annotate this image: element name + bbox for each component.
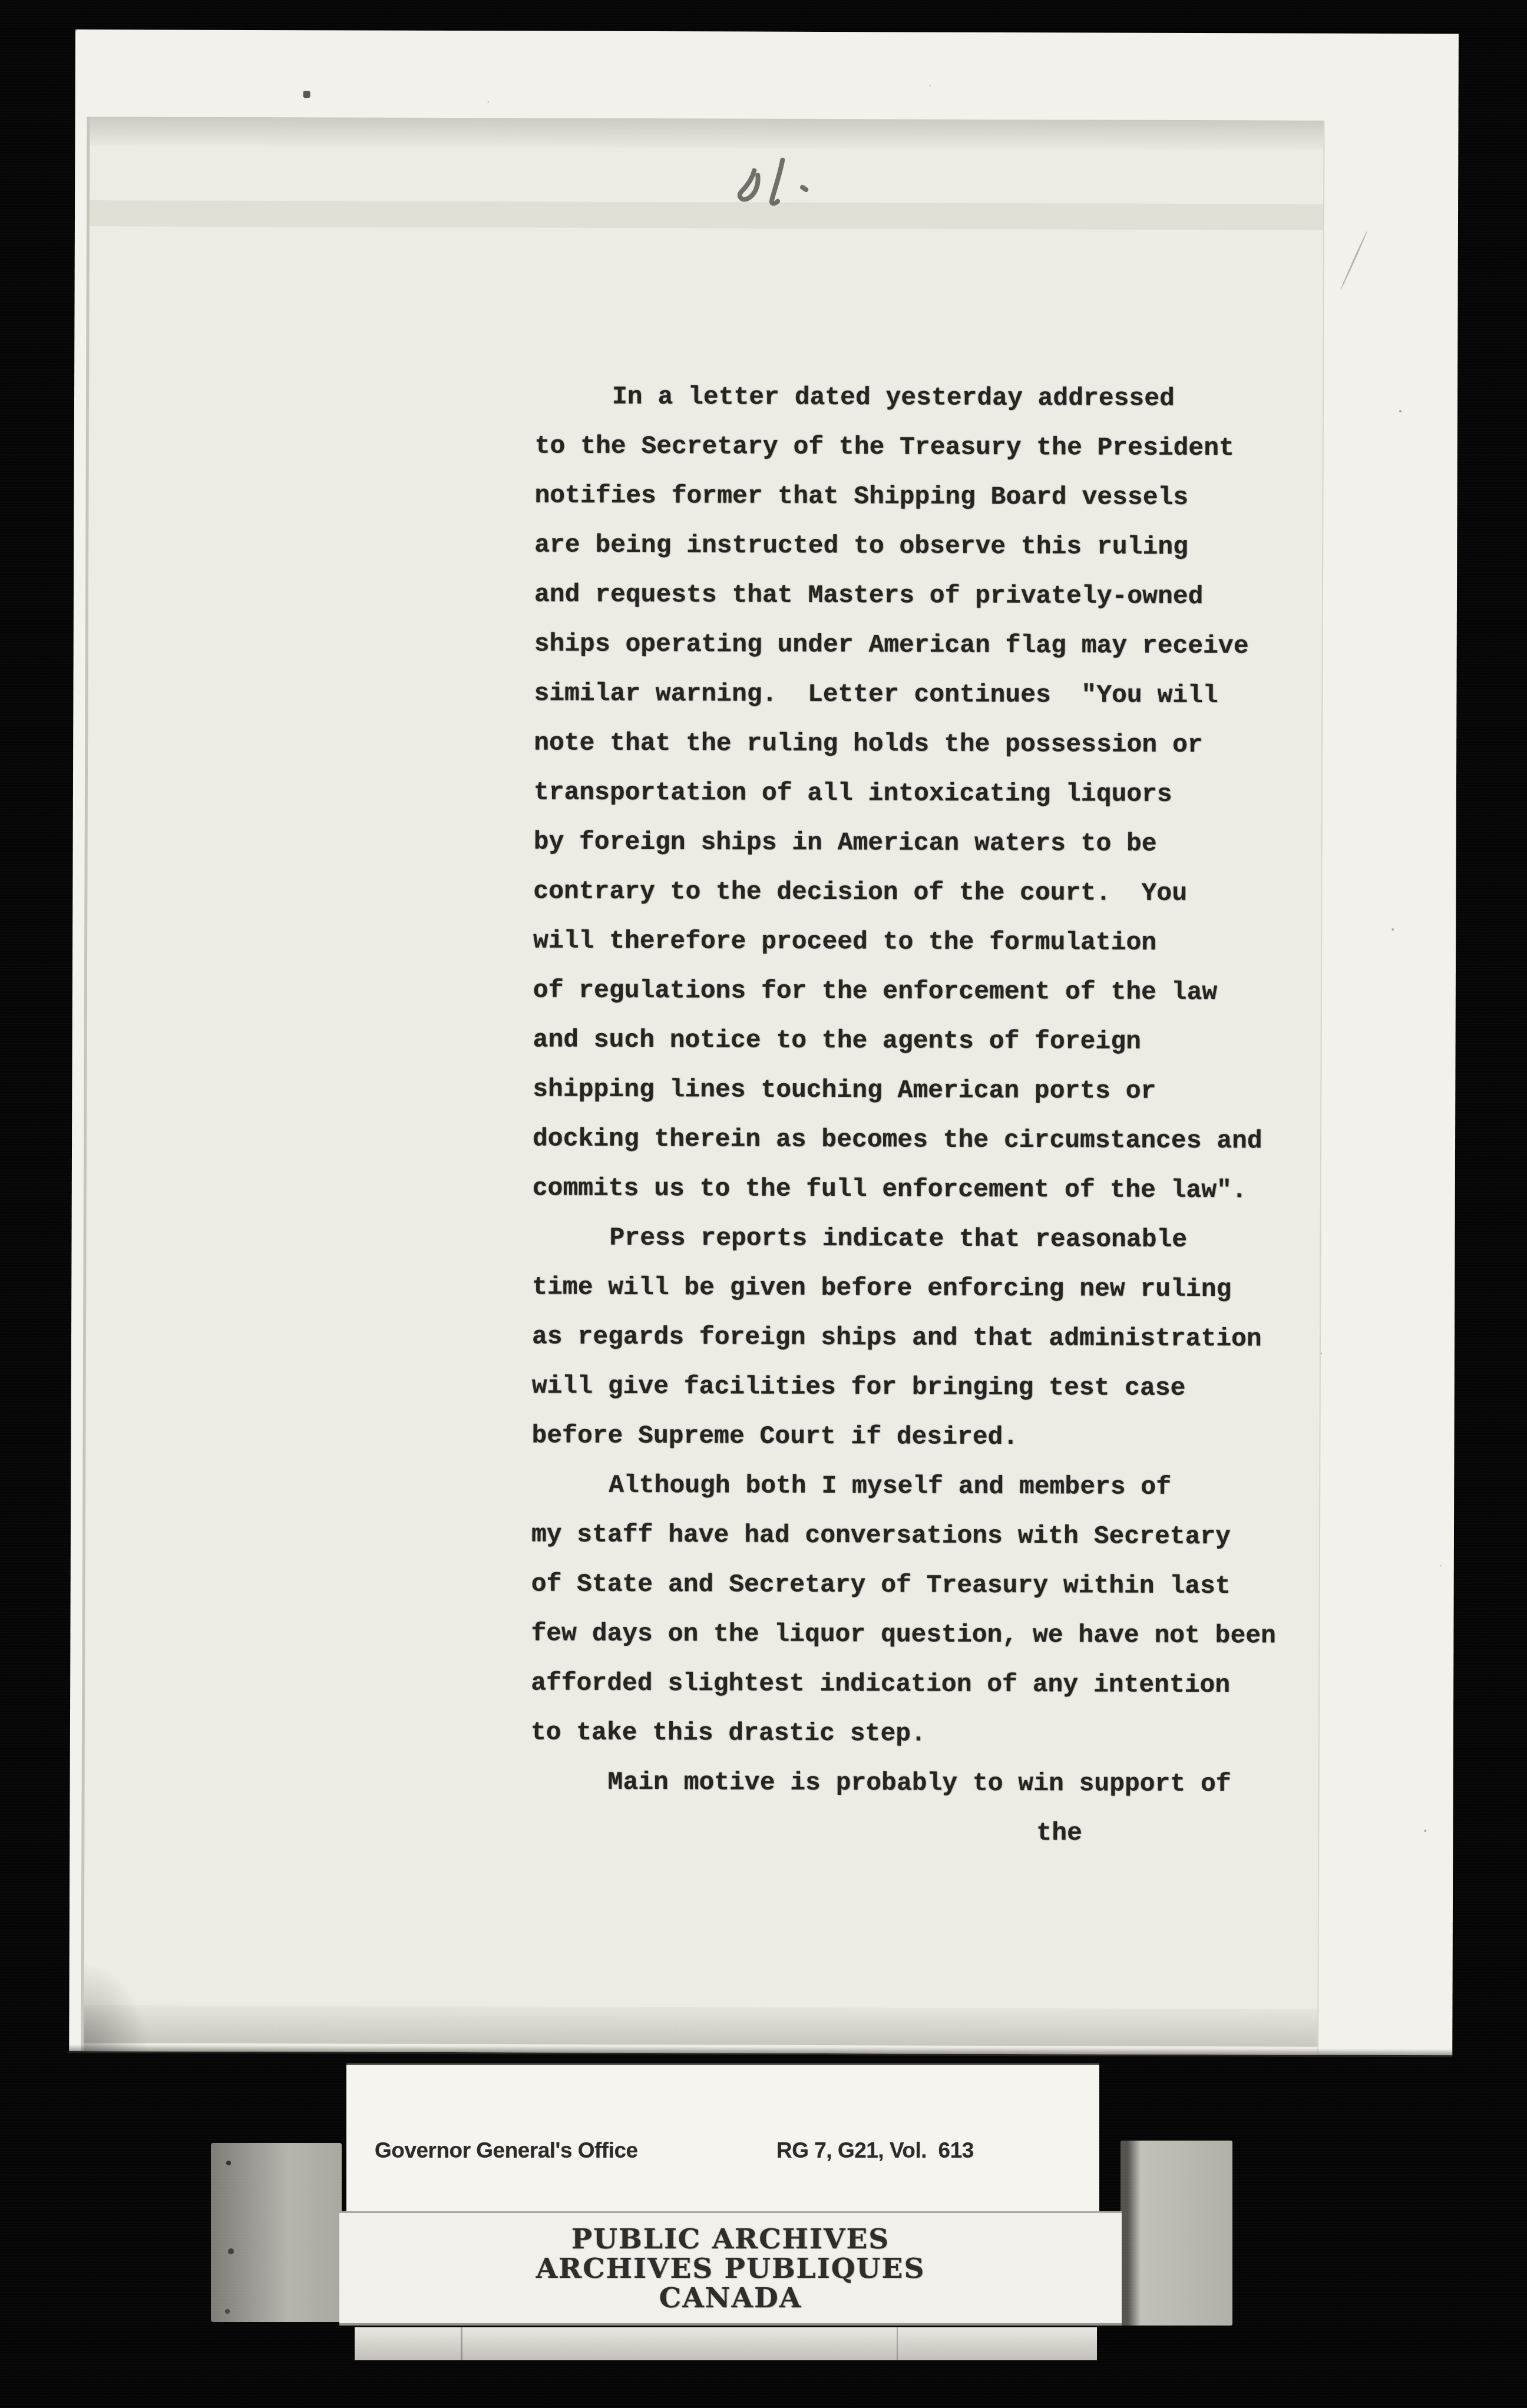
letter-line: and requests that Masters of privately-o… xyxy=(88,568,1322,622)
paper-specks xyxy=(75,29,77,31)
letter-line: of regulations for the enforcement of th… xyxy=(87,964,1321,1018)
letter-line: the xyxy=(84,1805,1318,1859)
typewritten-text: In a letter dated yesterday addressedto … xyxy=(84,371,1323,1859)
letter-line: docking therein as becomes the circumsta… xyxy=(87,1113,1320,1166)
scan-streak xyxy=(90,200,1323,230)
letter-line: my staff have had conversations with Sec… xyxy=(85,1509,1319,1562)
corner-smudge xyxy=(84,1963,148,2051)
letter-line: few days on the liquor question, we have… xyxy=(85,1607,1318,1661)
letter-line: will give facilities for bringing test c… xyxy=(86,1360,1320,1414)
archives-stamp-box: PUBLIC ARCHIVES ARCHIVES PUBLIQUES CANAD… xyxy=(339,2211,1122,2326)
scan-streak xyxy=(90,117,1323,150)
stamp-line-english: PUBLIC ARCHIVES xyxy=(339,2225,1122,2254)
film-scratch xyxy=(1340,230,1368,290)
pencil-mark xyxy=(732,153,826,215)
letter-line: In a letter dated yesterday addressed xyxy=(89,371,1323,424)
letter-line: of State and Secretary of Treasury withi… xyxy=(85,1558,1319,1612)
scan-streak xyxy=(84,2005,1317,2047)
letter-line: notifies former that Shipping Board vess… xyxy=(88,469,1322,523)
film-scratch xyxy=(897,2327,898,2360)
letter-line: Main motive is probably to win support o… xyxy=(85,1756,1318,1810)
letter-line: and such notice to the agents of foreign xyxy=(87,1014,1320,1067)
letter-line: as regards foreign ships and that admini… xyxy=(86,1311,1320,1364)
letter-line: transportation of all intoxicating liquo… xyxy=(88,766,1321,820)
film-artifact-right xyxy=(1121,2141,1232,2326)
letter-line: contrary to the decision of the court. Y… xyxy=(87,865,1321,919)
letter-line: will therefore proceed to the formulatio… xyxy=(87,915,1321,968)
archival-label-strip: Governor General's Office Cabinet du gou… xyxy=(346,2065,1099,2213)
stamp-line-canada: CANADA xyxy=(339,2284,1122,2313)
scan-backing-page: In a letter dated yesterday addressedto … xyxy=(69,29,1459,2055)
film-tail-strip xyxy=(355,2327,1097,2360)
film-scratch xyxy=(461,2327,462,2360)
letter-line: to the Secretary of the Treasury the Pre… xyxy=(89,420,1323,474)
letter-line: shipping lines touching American ports o… xyxy=(87,1063,1320,1117)
letter-line: commits us to the full enforcement of th… xyxy=(87,1162,1320,1216)
letter-line: note that the ruling holds the possessio… xyxy=(88,717,1321,770)
letter-line: afforded slightest indication of any int… xyxy=(85,1657,1318,1711)
film-artifact-left xyxy=(211,2143,342,2322)
letter-line: ships operating under American flag may … xyxy=(88,618,1322,672)
letter-line: similar warning. Letter continues "You w… xyxy=(88,667,1321,721)
letter-line: before Supreme Court if desired. xyxy=(85,1410,1319,1463)
letter-line: Press reports indicate that reasonable xyxy=(86,1212,1320,1265)
stamp-line-french: ARCHIVES PUBLIQUES xyxy=(339,2254,1122,2284)
letter-line: are being instructed to observe this rul… xyxy=(88,519,1322,573)
record-group-reference: RG 7, G21, Vol. 613 xyxy=(776,2137,1017,2164)
letter-sheet: In a letter dated yesterday addressedto … xyxy=(81,117,1324,2055)
letter-line: Although both I myself and members of xyxy=(85,1459,1319,1513)
letter-line: time will be given before enforcing new … xyxy=(86,1261,1320,1315)
office-name-english: Governor General's Office xyxy=(375,2137,688,2164)
microfilm-frame: In a letter dated yesterday addressedto … xyxy=(0,0,1527,2408)
letter-line: to take this drastic step. xyxy=(85,1706,1318,1760)
letter-line: by foreign ships in American waters to b… xyxy=(88,816,1321,869)
